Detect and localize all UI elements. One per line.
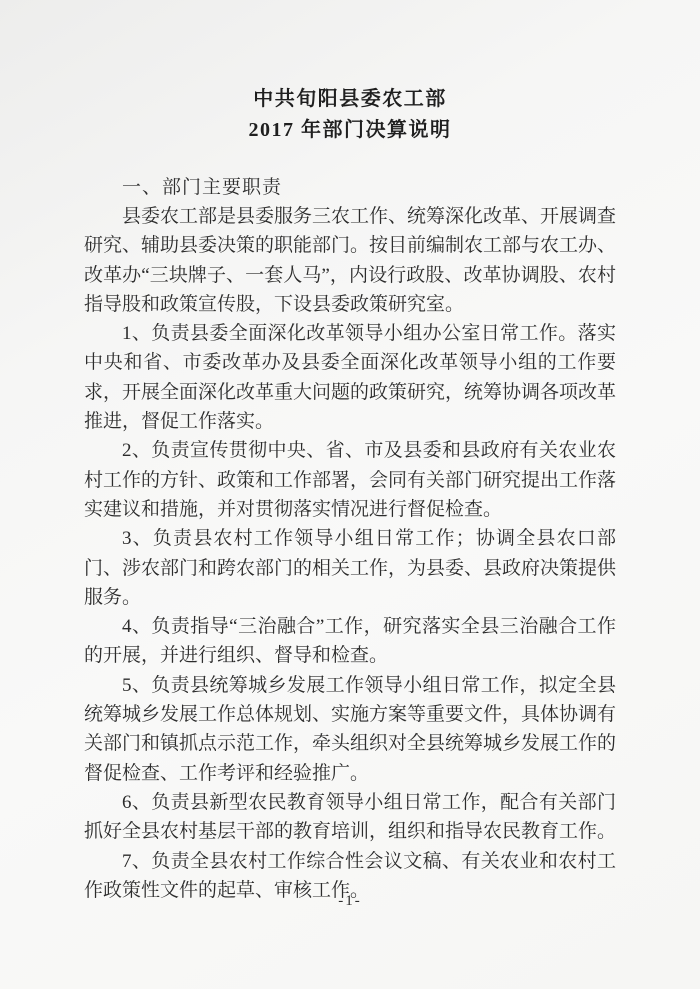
section-heading: 一、部门主要职责: [84, 173, 616, 202]
document-content: 中共旬阳县委农工部 2017 年部门决算说明 一、部门主要职责 县委农工部是县委…: [84, 0, 616, 905]
paragraph-duty-5: 5、负责县统筹城乡发展工作领导小组日常工作，拟定全县统筹城乡发展工作总体规划、实…: [84, 671, 616, 788]
page-number: -1-: [0, 893, 700, 910]
document-title-line-2: 2017 年部门决算说明: [84, 115, 616, 146]
paragraph-duty-1: 1、负责县委全面深化改革领导小组办公室日常工作。落实中央和省、市委改革办及县委全…: [84, 319, 616, 436]
paragraph-duty-4: 4、负责指导“三治融合”工作，研究落实全县三治融合工作的开展，并进行组织、督导和…: [84, 612, 616, 671]
paragraph-duty-6: 6、负责县新型农民教育领导小组日常工作，配合有关部门抓好全县农村基层干部的教育培…: [84, 788, 616, 847]
document-title-line-1: 中共旬阳县委农工部: [84, 84, 616, 115]
paragraph-duty-3: 3、负责县农村工作领导小组日常工作；协调全县农口部门、涉农部门和跨农部门的相关工…: [84, 524, 616, 612]
document-page: 中共旬阳县委农工部 2017 年部门决算说明 一、部门主要职责 县委农工部是县委…: [0, 0, 700, 989]
document-title: 中共旬阳县委农工部 2017 年部门决算说明: [84, 84, 616, 146]
paragraph-duty-2: 2、负责宣传贯彻中央、省、市及县委和县政府有关农业农村工作的方针、政策和工作部署…: [84, 436, 616, 524]
paragraph-department-intro: 县委农工部是县委服务三农工作、统筹深化改革、开展调查研究、辅助县委决策的职能部门…: [84, 202, 616, 319]
